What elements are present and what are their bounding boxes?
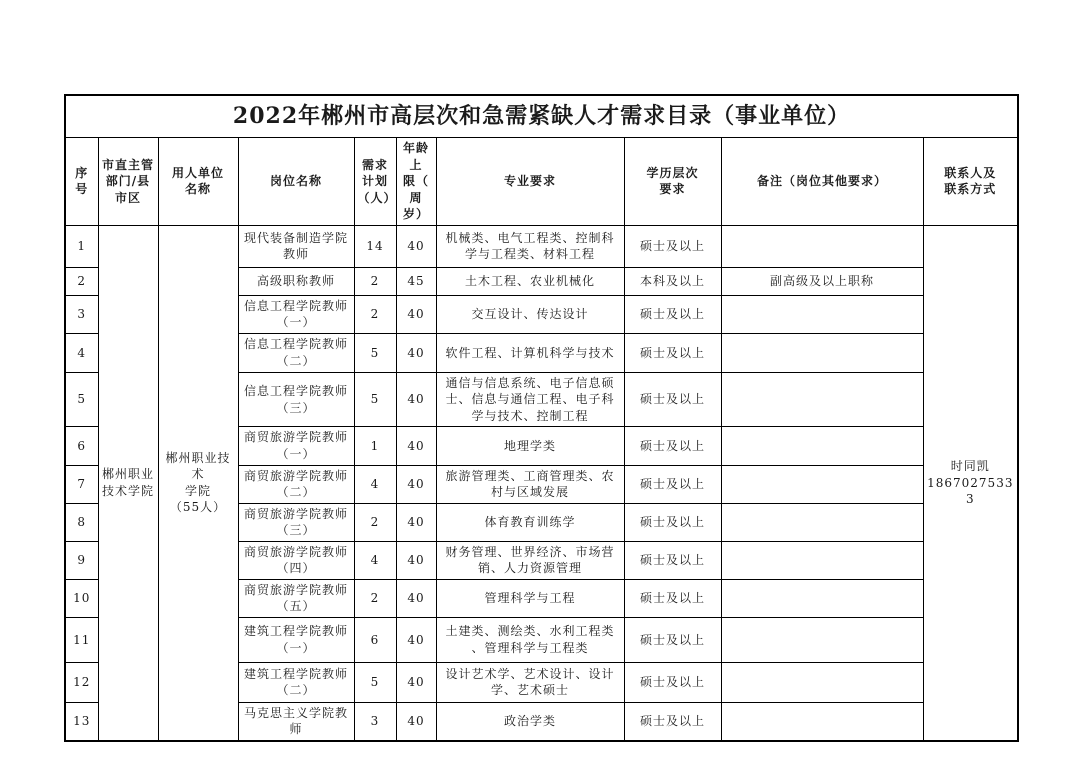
cell-position: 现代装备制造学院教师 bbox=[238, 225, 354, 267]
cell-position: 商贸旅游学院教师（二） bbox=[238, 465, 354, 503]
cell-index: 6 bbox=[65, 427, 98, 465]
cell-position: 高级职称教师 bbox=[238, 267, 354, 295]
cell-note bbox=[721, 702, 923, 741]
column-header-employer: 用人单位名称 bbox=[158, 138, 238, 226]
cell-degree: 硕士及以上 bbox=[624, 702, 721, 741]
cell-age: 40 bbox=[396, 662, 436, 702]
cell-degree: 硕士及以上 bbox=[624, 662, 721, 702]
cell-degree: 本科及以上 bbox=[624, 267, 721, 295]
cell-note bbox=[721, 295, 923, 333]
cell-age: 40 bbox=[396, 465, 436, 503]
cell-position: 信息工程学院教师（二） bbox=[238, 333, 354, 372]
cell-major: 土木工程、农业机械化 bbox=[436, 267, 624, 295]
cell-major: 设计艺术学、艺术设计、设计学、艺术硕士 bbox=[436, 662, 624, 702]
cell-age: 40 bbox=[396, 427, 436, 465]
table-header-row: 序号市直主管部门/县市区用人单位名称岗位名称需求计划（人）年龄上限（周岁）专业要… bbox=[65, 138, 1018, 226]
cell-count: 4 bbox=[354, 465, 396, 503]
cell-age: 40 bbox=[396, 617, 436, 662]
cell-position: 建筑工程学院教师（一） bbox=[238, 617, 354, 662]
cell-age: 40 bbox=[396, 333, 436, 372]
cell-note bbox=[721, 541, 923, 579]
cell-major: 机械类、电气工程类、控制科学与工程类、材料工程 bbox=[436, 225, 624, 267]
table-title-row: 2022年郴州市高层次和急需紧缺人才需求目录（事业单位） bbox=[65, 95, 1018, 138]
column-header-index: 序号 bbox=[65, 138, 98, 226]
cell-degree: 硕士及以上 bbox=[624, 333, 721, 372]
cell-index: 7 bbox=[65, 465, 98, 503]
cell-degree: 硕士及以上 bbox=[624, 225, 721, 267]
cell-degree: 硕士及以上 bbox=[624, 541, 721, 579]
column-header-age: 年龄上限（周岁） bbox=[396, 138, 436, 226]
cell-index: 5 bbox=[65, 372, 98, 427]
cell-index: 11 bbox=[65, 617, 98, 662]
cell-count: 5 bbox=[354, 372, 396, 427]
cell-position: 商贸旅游学院教师（四） bbox=[238, 541, 354, 579]
cell-count: 2 bbox=[354, 579, 396, 617]
cell-note bbox=[721, 617, 923, 662]
cell-count: 2 bbox=[354, 503, 396, 541]
cell-index: 13 bbox=[65, 702, 98, 741]
cell-age: 40 bbox=[396, 372, 436, 427]
cell-index: 12 bbox=[65, 662, 98, 702]
document-page: 2022年郴州市高层次和急需紧缺人才需求目录（事业单位） 序号市直主管部门/县市… bbox=[0, 0, 1080, 763]
table-title: 2022年郴州市高层次和急需紧缺人才需求目录（事业单位） bbox=[65, 95, 1018, 138]
cell-index: 9 bbox=[65, 541, 98, 579]
column-header-count: 需求计划（人） bbox=[354, 138, 396, 226]
cell-index: 2 bbox=[65, 267, 98, 295]
column-header-department: 市直主管部门/县市区 bbox=[98, 138, 158, 226]
cell-count: 5 bbox=[354, 662, 396, 702]
cell-degree: 硕士及以上 bbox=[624, 295, 721, 333]
cell-position: 商贸旅游学院教师（三） bbox=[238, 503, 354, 541]
cell-index: 3 bbox=[65, 295, 98, 333]
cell-count: 2 bbox=[354, 295, 396, 333]
cell-age: 40 bbox=[396, 225, 436, 267]
column-header-position: 岗位名称 bbox=[238, 138, 354, 226]
cell-age: 40 bbox=[396, 579, 436, 617]
cell-position: 信息工程学院教师（三） bbox=[238, 372, 354, 427]
column-header-note: 备注（岗位其他要求） bbox=[721, 138, 923, 226]
cell-count: 1 bbox=[354, 427, 396, 465]
cell-major: 地理学类 bbox=[436, 427, 624, 465]
cell-note bbox=[721, 427, 923, 465]
cell-degree: 硕士及以上 bbox=[624, 579, 721, 617]
cell-count: 6 bbox=[354, 617, 396, 662]
cell-major: 交互设计、传达设计 bbox=[436, 295, 624, 333]
cell-degree: 硕士及以上 bbox=[624, 503, 721, 541]
cell-position: 商贸旅游学院教师（五） bbox=[238, 579, 354, 617]
cell-count: 14 bbox=[354, 225, 396, 267]
cell-major: 体育教育训练学 bbox=[436, 503, 624, 541]
talent-demand-table: 2022年郴州市高层次和急需紧缺人才需求目录（事业单位） 序号市直主管部门/县市… bbox=[64, 94, 1019, 742]
column-header-major: 专业要求 bbox=[436, 138, 624, 226]
cell-major: 通信与信息系统、电子信息硕士、信息与通信工程、电子科学与技术、控制工程 bbox=[436, 372, 624, 427]
cell-age: 40 bbox=[396, 541, 436, 579]
cell-major: 政治学类 bbox=[436, 702, 624, 741]
cell-index: 1 bbox=[65, 225, 98, 267]
cell-note bbox=[721, 333, 923, 372]
cell-note bbox=[721, 225, 923, 267]
cell-note bbox=[721, 465, 923, 503]
cell-age: 40 bbox=[396, 702, 436, 741]
cell-index: 4 bbox=[65, 333, 98, 372]
cell-age: 40 bbox=[396, 295, 436, 333]
cell-note: 副高级及以上职称 bbox=[721, 267, 923, 295]
cell-position: 信息工程学院教师（一） bbox=[238, 295, 354, 333]
cell-index: 8 bbox=[65, 503, 98, 541]
cell-count: 3 bbox=[354, 702, 396, 741]
cell-count: 5 bbox=[354, 333, 396, 372]
column-header-degree: 学历层次要求 bbox=[624, 138, 721, 226]
cell-degree: 硕士及以上 bbox=[624, 465, 721, 503]
cell-age: 45 bbox=[396, 267, 436, 295]
cell-major: 管理科学与工程 bbox=[436, 579, 624, 617]
cell-degree: 硕士及以上 bbox=[624, 372, 721, 427]
cell-degree: 硕士及以上 bbox=[624, 617, 721, 662]
column-header-contact: 联系人及联系方式 bbox=[923, 138, 1018, 226]
cell-note bbox=[721, 372, 923, 427]
cell-major: 旅游管理类、工商管理类、农村与区域发展 bbox=[436, 465, 624, 503]
cell-department: 郴州职业技术学院 bbox=[98, 225, 158, 741]
cell-major: 软件工程、计算机科学与技术 bbox=[436, 333, 624, 372]
cell-contact: 时同凯18670275333 bbox=[923, 225, 1018, 741]
table-row: 1郴州职业技术学院郴州职业技术学院（55人）现代装备制造学院教师1440机械类、… bbox=[65, 225, 1018, 267]
cell-position: 建筑工程学院教师（二） bbox=[238, 662, 354, 702]
cell-note bbox=[721, 579, 923, 617]
cell-position: 马克思主义学院教师 bbox=[238, 702, 354, 741]
cell-age: 40 bbox=[396, 503, 436, 541]
cell-degree: 硕士及以上 bbox=[624, 427, 721, 465]
cell-index: 10 bbox=[65, 579, 98, 617]
cell-count: 4 bbox=[354, 541, 396, 579]
cell-count: 2 bbox=[354, 267, 396, 295]
cell-major: 财务管理、世界经济、市场营销、人力资源管理 bbox=[436, 541, 624, 579]
cell-note bbox=[721, 662, 923, 702]
cell-employer: 郴州职业技术学院（55人） bbox=[158, 225, 238, 741]
cell-position: 商贸旅游学院教师（一） bbox=[238, 427, 354, 465]
cell-note bbox=[721, 503, 923, 541]
cell-major: 土建类、测绘类、水利工程类、管理科学与工程类 bbox=[436, 617, 624, 662]
